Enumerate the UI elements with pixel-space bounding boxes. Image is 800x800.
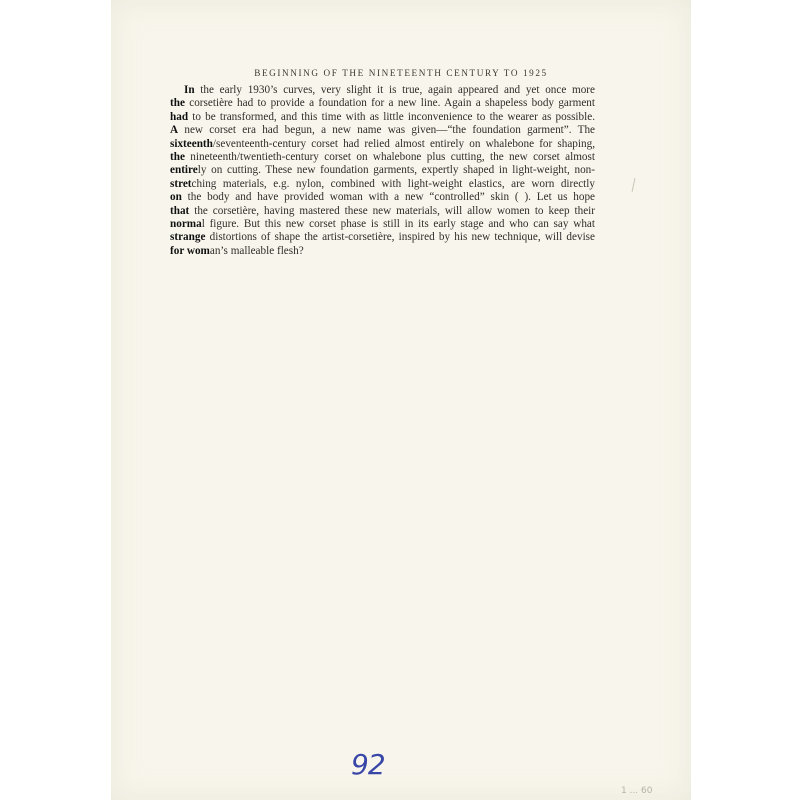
- pencil-note: 1 ... 60: [621, 786, 652, 796]
- bolded-line-start: that: [170, 205, 189, 217]
- bolded-line-start: stret: [170, 178, 192, 190]
- line-text: to be transformed, and this time with as…: [188, 111, 595, 123]
- text-line: on the body and have provided woman with…: [170, 191, 595, 204]
- line-text: the body and have provided woman with a …: [182, 191, 595, 203]
- line-text: ching materials, e.g. nylon, combined wi…: [192, 178, 595, 190]
- bolded-line-start: the: [170, 97, 185, 109]
- text-line: the nineteenth/twentieth-century corset …: [170, 151, 595, 164]
- margin-pencil-mark: [632, 178, 636, 192]
- bolded-line-start: norma: [170, 218, 202, 230]
- text-line: that the corsetière, having mastered the…: [170, 205, 595, 218]
- text-line: stretching materials, e.g. nylon, combin…: [170, 178, 595, 191]
- bolded-line-start: had: [170, 111, 188, 123]
- text-line: the corsetière had to provide a foundati…: [170, 97, 595, 110]
- document-page: BEGINNING OF THE NINETEENTH CENTURY TO 1…: [111, 0, 691, 800]
- handwritten-page-number: 92: [351, 748, 385, 781]
- text-line: had to be transformed, and this time wit…: [170, 111, 595, 124]
- line-text: the early 1930’s curves, very slight it …: [195, 84, 595, 96]
- bolded-line-start: on: [170, 191, 182, 203]
- bolded-line-start: sixteenth: [170, 138, 213, 150]
- line-text: the corsetière, having mastered these ne…: [189, 205, 595, 217]
- line-text: new corset era had begun, a new name was…: [178, 124, 595, 136]
- text-line: sixteenth/seventeenth-century corset had…: [170, 138, 595, 151]
- line-text: an’s malleable flesh?: [210, 245, 304, 257]
- text-line: entirely on cutting. These new foundatio…: [170, 164, 595, 177]
- text-line: In the early 1930’s curves, very slight …: [170, 84, 595, 97]
- body-paragraph: In the early 1930’s curves, very slight …: [170, 84, 595, 258]
- running-head: BEGINNING OF THE NINETEENTH CENTURY TO 1…: [111, 68, 691, 78]
- line-text: l figure. But this new corset phase is s…: [202, 218, 595, 230]
- bolded-line-start: the: [170, 151, 185, 163]
- text-line: strange distortions of shape the artist-…: [170, 231, 595, 244]
- line-text: distortions of shape the artist-corsetiè…: [205, 231, 595, 243]
- text-line: A new corset era had begun, a new name w…: [170, 124, 595, 137]
- bolded-line-start: for wom: [170, 245, 210, 257]
- text-line: normal figure. But this new corset phase…: [170, 218, 595, 231]
- line-text: /seventeenth-century corset had relied a…: [213, 138, 595, 150]
- bolded-line-start: entire: [170, 164, 198, 176]
- bolded-line-start: In: [184, 84, 195, 96]
- line-text: corsetière had to provide a foundation f…: [185, 97, 595, 109]
- bolded-line-start: strange: [170, 231, 205, 243]
- text-line: for woman’s malleable flesh?: [170, 245, 595, 258]
- line-text: ly on cutting. These new foundation garm…: [198, 164, 595, 176]
- bolded-line-start: A: [170, 124, 178, 136]
- line-text: nineteenth/twentieth-century corset on w…: [185, 151, 595, 163]
